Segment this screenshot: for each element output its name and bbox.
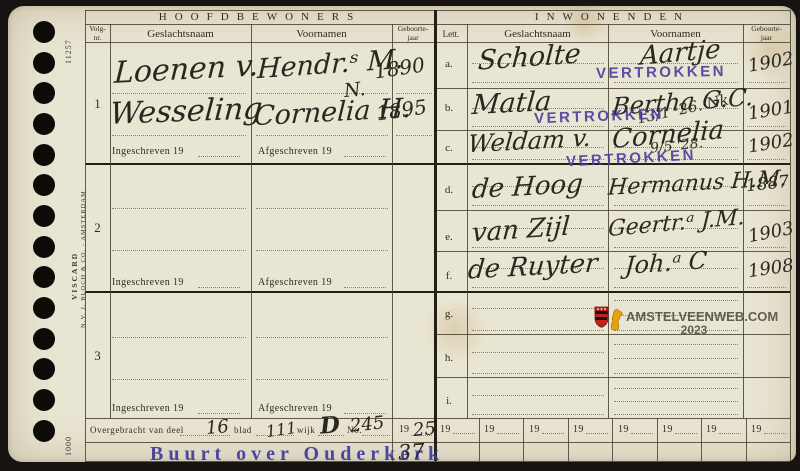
col-header-geboortejaar-left: Geboorte- jaar — [392, 25, 434, 42]
dotted-line — [256, 135, 388, 136]
handwritten-deel: 16 — [205, 416, 230, 439]
inwonenden-title: INWONENDEN — [435, 11, 790, 23]
transfer-year-prefix: 19 — [399, 424, 409, 435]
dotted-line — [472, 287, 604, 288]
punch-hole — [33, 205, 55, 227]
vertrokken-stamp: VERTROKKEN — [596, 63, 726, 82]
table-line-thick — [85, 291, 790, 293]
punch-hole — [33, 236, 55, 258]
dotted-line — [112, 250, 246, 251]
transfer-label-wijk: wijk — [297, 425, 315, 435]
dotted-line — [112, 135, 246, 136]
table-line — [392, 24, 393, 462]
dotted-line — [472, 82, 604, 83]
dotted-line — [344, 287, 386, 288]
col-header-volgnr-line2: nr. — [94, 33, 102, 42]
handwritten-surname: de Hoog — [471, 169, 584, 205]
row-letter: h. — [435, 352, 463, 364]
row-letter: b. — [435, 102, 463, 114]
table-line — [85, 24, 790, 25]
dotted-line — [472, 373, 604, 374]
row-letter: c. — [435, 142, 463, 154]
transfer-label-blad: blad — [234, 425, 252, 435]
col-header-geboortejaar-line2: jaar — [761, 33, 772, 42]
dotted-line — [747, 287, 786, 288]
card-serial-number: 11257 — [64, 12, 73, 64]
dotted-line — [112, 379, 246, 380]
dotted-line — [112, 337, 246, 338]
row-letter: i. — [435, 395, 463, 407]
table-line — [435, 377, 790, 378]
dotted-line — [256, 93, 388, 94]
dotted-line — [614, 205, 738, 206]
printer-brand: VISCARD — [70, 190, 79, 300]
amstelveen-crest-icon — [594, 304, 624, 334]
table-line — [479, 418, 480, 461]
year-cell-label: 19 — [484, 424, 495, 435]
year-cell-label: 19 — [706, 424, 717, 435]
punch-hole — [33, 144, 55, 166]
afgeschreven-label: Afgeschreven 19 — [258, 277, 332, 288]
year-cell-label: 19 — [751, 424, 762, 435]
dotted-line — [472, 352, 604, 353]
card-stock-number: 1000 — [64, 408, 73, 456]
col-header-voornamen-left: Voornamen — [251, 28, 392, 40]
dotted-line — [614, 401, 738, 402]
watermark-year: 2023 — [626, 323, 762, 337]
table-line — [701, 418, 702, 461]
dotted-line — [747, 247, 786, 248]
ingeschreven-label: Ingeschreven 19 — [112, 146, 184, 157]
ingeschreven-label: Ingeschreven 19 — [112, 277, 184, 288]
dotted-line — [497, 433, 519, 434]
dotted-line — [256, 379, 388, 380]
row-letter: e. — [435, 231, 463, 243]
dotted-line — [614, 82, 738, 83]
dotted-line — [614, 300, 738, 301]
table-line — [612, 418, 613, 461]
dotted-line — [614, 373, 738, 374]
row-letter: f. — [435, 270, 463, 282]
dotted-line — [472, 330, 604, 331]
table-line — [746, 418, 747, 461]
punch-hole — [33, 420, 55, 442]
watermark-site: AMSTELVEENWEB.COM — [626, 309, 778, 324]
table-line — [568, 418, 569, 461]
dotted-line — [614, 414, 738, 415]
year-cell-label: 19 — [573, 424, 584, 435]
dotted-line — [472, 205, 604, 206]
punch-hole — [33, 389, 55, 411]
table-line — [110, 24, 111, 418]
year-cell-label: 19 — [618, 424, 629, 435]
handwritten-firstnames: Joh.ᵃ C — [624, 246, 708, 280]
dotted-line — [675, 433, 697, 434]
handwritten-wijk: D — [319, 411, 341, 439]
section-number: 3 — [85, 348, 110, 364]
table-line — [657, 418, 658, 461]
dotted-line — [198, 413, 240, 414]
dotted-line — [472, 414, 604, 415]
table-line — [435, 251, 790, 252]
year-cell-label: 19 — [662, 424, 673, 435]
section-number: 1 — [85, 96, 110, 112]
dotted-line — [719, 433, 741, 434]
year-cell-label: 19 — [440, 424, 451, 435]
col-header-geboortejaar-right: Geboorte- jaar — [743, 25, 790, 42]
punch-hole — [33, 113, 55, 135]
handwritten-buurt-number: 37 — [397, 439, 425, 465]
year-cell-label: 19 — [529, 424, 540, 435]
scanned-register-card-page: 11257 VISCARD N.V. J. BLOCH & CO. - AMST… — [0, 0, 800, 471]
dotted-line — [396, 135, 432, 136]
col-header-geslachtsnaam-right: Geslachtsnaam — [467, 28, 608, 40]
dotted-line — [614, 287, 738, 288]
row-letter: d. — [435, 184, 463, 196]
punch-hole — [33, 21, 55, 43]
dotted-line — [747, 126, 786, 127]
punch-hole — [33, 266, 55, 288]
table-line — [523, 418, 524, 461]
col-header-geboortejaar-line2: jaar — [407, 33, 418, 42]
dotted-line — [453, 433, 475, 434]
hoofdbewoners-title: HOOFDBEWONERS — [85, 11, 435, 23]
transfer-label-deel: Overgebracht van deel — [90, 425, 184, 435]
section-number: 2 — [85, 220, 110, 236]
handwritten-insert-note: N. — [343, 78, 367, 102]
table-line — [85, 418, 790, 419]
handwritten-surname: Wesseling — [109, 91, 264, 131]
handwritten-no: 245 — [349, 412, 385, 436]
row-letter: g. — [435, 308, 463, 320]
afgeschreven-label: Afgeschreven 19 — [258, 146, 332, 157]
dotted-line — [256, 208, 388, 209]
col-header-lett: Lett. — [435, 29, 467, 39]
punch-hole — [33, 174, 55, 196]
handwritten-year: 25 — [412, 418, 437, 441]
col-header-volgnr: Volg- nr. — [85, 25, 110, 42]
row-letter: a. — [435, 58, 463, 70]
dotted-line — [344, 156, 386, 157]
dotted-line — [747, 205, 786, 206]
dotted-line — [614, 358, 738, 359]
punch-hole — [33, 52, 55, 74]
dotted-line — [198, 156, 240, 157]
dotted-line — [472, 395, 604, 396]
dotted-line — [112, 208, 246, 209]
col-header-geslachtsnaam-left: Geslachtsnaam — [110, 28, 251, 40]
dotted-line — [614, 344, 738, 345]
dotted-line — [586, 433, 608, 434]
punch-hole — [33, 82, 55, 104]
punch-hole — [33, 358, 55, 380]
dotted-line — [472, 247, 604, 248]
dotted-line — [472, 308, 604, 309]
dotted-line — [614, 388, 738, 389]
ingeschreven-label: Ingeschreven 19 — [112, 403, 184, 414]
dotted-line — [256, 337, 388, 338]
dotted-line — [764, 433, 786, 434]
punch-hole — [33, 297, 55, 319]
dotted-line — [542, 433, 564, 434]
table-line — [467, 24, 468, 418]
punch-hole — [33, 328, 55, 350]
dotted-line — [747, 159, 786, 160]
dotted-line — [198, 287, 240, 288]
dotted-line — [256, 250, 388, 251]
dotted-line — [631, 433, 653, 434]
